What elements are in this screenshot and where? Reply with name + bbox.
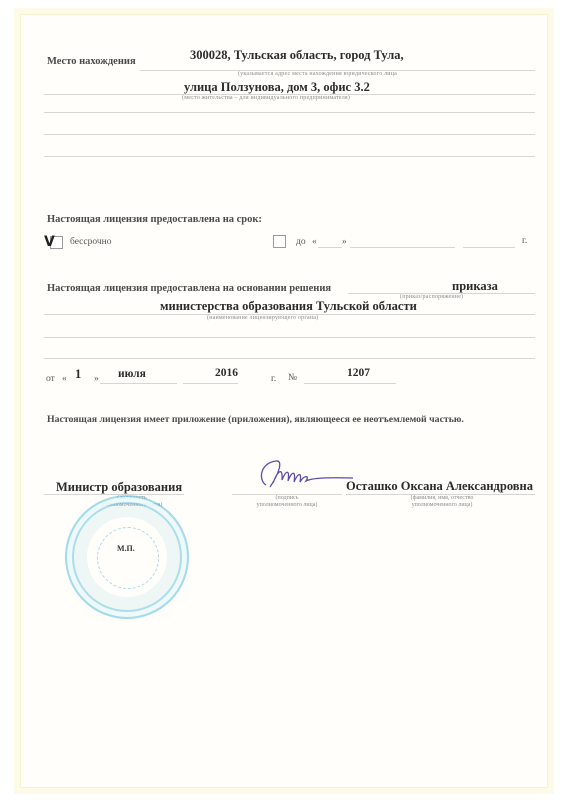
date-month-line xyxy=(100,383,177,384)
location-caption-2: (место жительства – для индивидуального … xyxy=(182,95,350,101)
date-year-line xyxy=(183,383,238,384)
stamp-label: М.П. xyxy=(117,544,135,553)
blank-line-5 xyxy=(44,358,535,359)
appendix-note: Настоящая лицензия имеет приложение (при… xyxy=(47,414,464,425)
order-number: 1207 xyxy=(347,367,370,379)
location-caption-1: (указывается адрес места нахождения юрид… xyxy=(238,71,397,77)
until-prefix: до xyxy=(296,237,306,247)
date-close-quote: » xyxy=(94,374,99,384)
date-year: 2016 xyxy=(215,367,238,379)
location-label: Место нахождения xyxy=(47,56,136,67)
until-year-line[interactable] xyxy=(463,247,515,248)
until-year-suffix: г. xyxy=(522,236,527,246)
license-page xyxy=(14,8,554,794)
until-day-line[interactable] xyxy=(318,247,342,248)
indefinite-label: бессрочно xyxy=(70,237,111,247)
signature-caption: (подпись уполномоченного лица) xyxy=(237,495,337,509)
blank-line-2 xyxy=(44,134,535,135)
location-address-line-1: 300028, Тульская область, город Тула, xyxy=(190,48,404,63)
date-open-quote: « xyxy=(62,374,67,384)
official-stamp xyxy=(65,495,189,619)
licensing-authority: министерства образования Тульской област… xyxy=(160,299,417,314)
number-line xyxy=(304,383,396,384)
blank-line-4 xyxy=(44,337,535,338)
date-month: июля xyxy=(118,368,146,380)
term-heading: Настоящая лицензия предоставлена на срок… xyxy=(47,214,262,225)
basis-heading: Настоящая лицензия предоставлена на осно… xyxy=(47,283,331,294)
signer-name: Осташко Оксана Александровна xyxy=(346,479,533,494)
date-day: 1 xyxy=(75,367,81,382)
until-checkbox[interactable] xyxy=(273,235,286,248)
check-mark-icon: V xyxy=(44,234,55,250)
signature-icon xyxy=(248,455,358,495)
date-year-suffix: г. xyxy=(271,374,276,384)
name-caption: (фамилия, имя, отчество уполномоченного … xyxy=(392,495,492,509)
location-address-line-2: улица Ползунова, дом 3, офис 3.2 xyxy=(184,80,370,95)
until-close-quote: » xyxy=(342,237,347,247)
blank-line-3 xyxy=(44,156,535,157)
date-prefix: от xyxy=(46,374,55,384)
decision-type: приказа xyxy=(452,279,498,294)
until-open-quote: « xyxy=(312,237,317,247)
blank-line-1 xyxy=(44,112,535,113)
until-month-line[interactable] xyxy=(350,247,455,248)
signer-position: Министр образования xyxy=(56,480,182,495)
number-sign: № xyxy=(288,373,297,383)
authority-caption: (наименование лицензирующего органа) xyxy=(207,315,318,321)
stamp-emblem-icon xyxy=(97,527,159,589)
